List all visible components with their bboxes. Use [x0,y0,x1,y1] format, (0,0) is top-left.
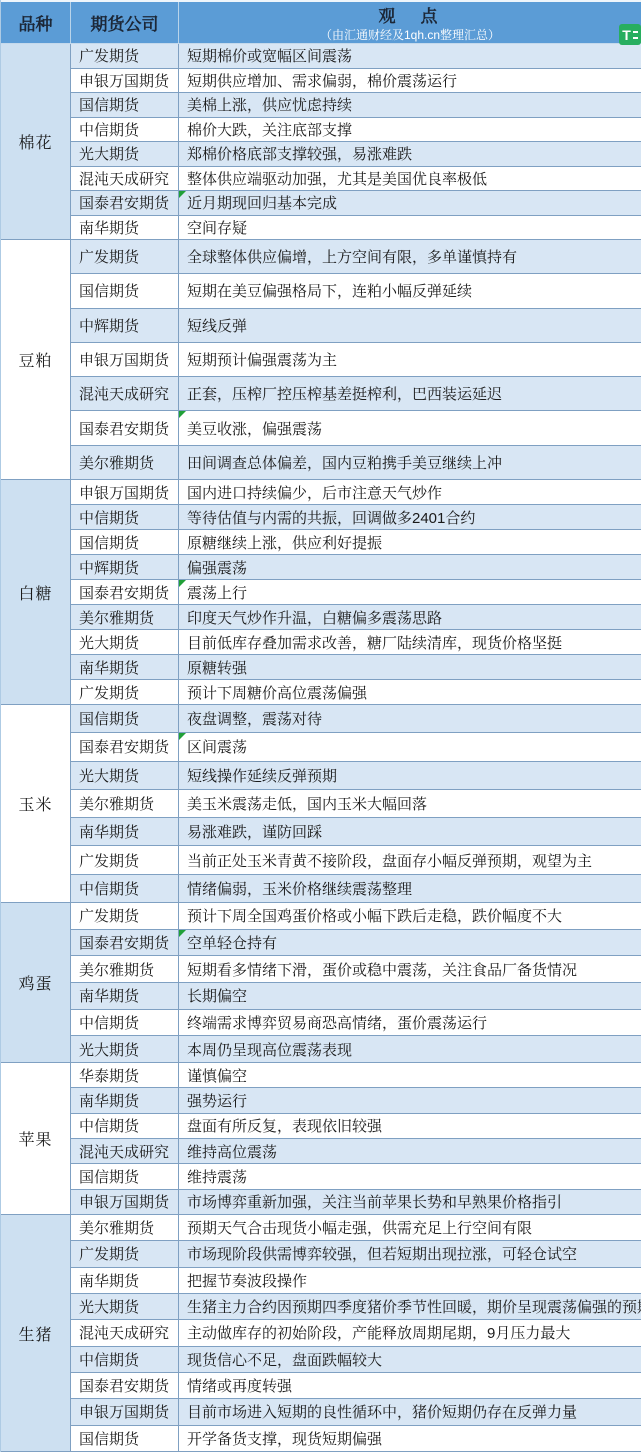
table-row: 中辉期货短线反弹 [71,309,641,343]
viewpoint-cell: 夜盘调整，震荡对待 [179,705,641,732]
viewpoint-text: 情绪偏弱，玉米价格继续震荡整理 [187,878,412,899]
cell-comment-marker-icon [179,191,186,198]
viewpoint-cell: 短期供应增加、需求偏弱，棉价震荡运行 [179,69,641,93]
table-row: 国信期货开学备货支撑，现货短期偏强 [71,1426,641,1452]
cell-comment-marker-icon [179,411,186,418]
table-row: 南华期货易涨难跌，谨防回踩 [71,818,641,846]
viewpoint-cell: 预期天气合击现货小幅走强，供需充足上行空间有限 [179,1215,641,1240]
company-cell: 国信期货 [71,1426,179,1451]
table-row: 南华期货原糖转强 [71,655,641,680]
viewpoint-text: 田间调查总体偏差，国内豆粕携手美豆继续上冲 [187,452,502,473]
source-logo-letter: T [622,28,631,42]
viewpoint-cell: 预计下周全国鸡蛋价格或小幅下跌后走稳，跌价幅度不大 [179,903,641,929]
company-cell: 中信期货 [71,505,179,529]
viewpoint-text: 终端需求博弈贸易商恐高情绪，蛋价震荡运行 [187,1012,487,1033]
viewpoint-cell: 维持震荡 [179,1164,641,1188]
table-row: 广发期货预计下周全国鸡蛋价格或小幅下跌后走稳，跌价幅度不大 [71,903,641,930]
viewpoint-cell: 田间调查总体偏差，国内豆粕携手美豆继续上冲 [179,446,641,479]
company-cell: 中信期货 [71,1010,179,1036]
section-apple: 苹果华泰期货谨慎偏空南华期货强势运行中信期货盘面有所反复，表现依旧较强混沌天成研… [1,1063,641,1215]
company-cell: 美尔雅期货 [71,956,179,982]
header-viewpoint-subtitle: （由汇通财经及1qh.cn整理汇总） [320,29,500,41]
variety-cell: 白糖 [1,480,71,705]
table-row: 广发期货全球整体供应偏增，上方空间有限，多单谨慎持有 [71,240,641,274]
viewpoint-text: 盘面有所反复，表现依旧较强 [187,1115,382,1136]
viewpoint-cell: 强势运行 [179,1088,641,1112]
company-cell: 国泰君安期货 [71,411,179,444]
viewpoint-text: 偏强震荡 [187,557,247,578]
viewpoint-text: 谨慎偏空 [187,1065,247,1086]
viewpoint-text: 目前市场进入短期的良性循环中，猪价短期仍存在反弹力量 [187,1401,577,1422]
viewpoint-text: 预期天气合击现货小幅走强，供需充足上行空间有限 [187,1217,532,1238]
table-row: 美尔雅期货印度天气炒作升温，白糖偏多震荡思路 [71,605,641,630]
company-cell: 南华期货 [71,983,179,1009]
company-cell: 中辉期货 [71,309,179,342]
company-cell: 广发期货 [71,903,179,929]
source-logo-icon: T [619,24,641,45]
company-cell: 光大期货 [71,1294,179,1319]
table-row: 国信期货原糖继续上涨，供应利好提振 [71,530,641,555]
viewpoint-text: 美豆收涨，偏强震荡 [187,418,322,439]
header-viewpoint: 观 点 （由汇通财经及1qh.cn整理汇总） [179,2,641,43]
company-cell: 美尔雅期货 [71,446,179,479]
viewpoint-cell: 美玉米震荡走低，国内玉米大幅回落 [179,790,641,817]
table-row: 国泰君安期货美豆收涨，偏强震荡 [71,411,641,445]
section-live-hog: 生猪美尔雅期货预期天气合击现货小幅走强，供需充足上行空间有限广发期货市场现阶段供… [1,1215,641,1452]
viewpoint-text: 近月期现回归基本完成 [187,192,337,213]
section-soybean-meal: 豆粕广发期货全球整体供应偏增，上方空间有限，多单谨慎持有国信期货短期在美豆偏强格… [1,240,641,480]
company-cell: 中信期货 [71,875,179,902]
viewpoint-cell: 现货信心不足，盘面跌幅较大 [179,1347,641,1372]
viewpoint-text: 国内进口持续偏少，后市注意天气炒作 [187,482,442,503]
variety-cell: 棉花 [1,44,71,240]
viewpoint-cell: 空单轻仓持有 [179,930,641,956]
viewpoint-text: 原糖转强 [187,657,247,678]
viewpoint-cell: 棉价大跌，关注底部支撑 [179,118,641,142]
viewpoint-cell: 情绪偏弱，玉米价格继续震荡整理 [179,875,641,902]
table-row: 国信期货美棉上涨，供应忧虑持续 [71,93,641,118]
table-row: 申银万国期货市场博弈重新加强，关注当前苹果长势和早熟果价格指引 [71,1190,641,1215]
company-cell: 广发期货 [71,240,179,273]
header-viewpoint-title: 观 点 [379,8,442,25]
viewpoint-text: 预计下周糖价高位震荡偏强 [187,682,367,703]
viewpoint-text: 全球整体供应偏增，上方空间有限，多单谨慎持有 [187,246,517,267]
table-row: 国泰君安期货震荡上行 [71,580,641,605]
table-row: 申银万国期货目前市场进入短期的良性循环中，猪价短期仍存在反弹力量 [71,1399,641,1425]
table-row: 南华期货空间存疑 [71,216,641,241]
company-cell: 华泰期货 [71,1063,179,1087]
viewpoint-cell: 短期看多情绪下滑，蛋价或稳中震荡，关注食品厂备货情况 [179,956,641,982]
viewpoint-text: 整体供应端驱动加强，尤其是美国优良率极低 [187,168,487,189]
company-cell: 申银万国期货 [71,480,179,504]
table-row: 光大期货生猪主力合约因预期四季度猪价季节性回暖，期价呈现震荡偏强的预期 [71,1294,641,1320]
viewpoint-text: 维持高位震荡 [187,1141,277,1162]
viewpoint-cell: 主动做库存的初始阶段，产能释放周期尾期，9月压力最大 [179,1320,641,1345]
company-cell: 混沌天成研究 [71,167,179,191]
viewpoint-cell: 维持高位震荡 [179,1139,641,1163]
viewpoint-cell: 盘面有所反复，表现依旧较强 [179,1114,641,1138]
variety-cell: 鸡蛋 [1,903,71,1063]
table-row: 光大期货本周仍呈现高位震荡表现 [71,1036,641,1063]
viewpoint-cell: 终端需求博弈贸易商恐高情绪，蛋价震荡运行 [179,1010,641,1036]
table-row: 中信期货终端需求博弈贸易商恐高情绪，蛋价震荡运行 [71,1010,641,1037]
viewpoint-text: 短期预计偏强震荡为主 [187,349,337,370]
viewpoint-text: 震荡上行 [187,582,247,603]
viewpoint-text: 正套，压榨厂控压榨基差挺榨利，巴西装运延迟 [187,383,502,404]
viewpoint-text: 原糖继续上涨，供应利好提振 [187,532,382,553]
table-row: 光大期货短线操作延续反弹预期 [71,762,641,790]
viewpoint-text: 美玉米震荡走低，国内玉米大幅回落 [187,793,427,814]
viewpoint-text: 印度天气炒作升温，白糖偏多震荡思路 [187,607,442,628]
cell-comment-marker-icon [179,580,186,587]
company-cell: 光大期货 [71,630,179,654]
table-row: 混沌天成研究主动做库存的初始阶段，产能释放周期尾期，9月压力最大 [71,1320,641,1346]
viewpoint-cell: 短期棉价或宽幅区间震荡 [179,44,641,68]
company-cell: 混沌天成研究 [71,1139,179,1163]
variety-cell: 豆粕 [1,240,71,480]
company-cell: 南华期货 [71,818,179,845]
table-row: 美尔雅期货预期天气合击现货小幅走强，供需充足上行空间有限 [71,1215,641,1241]
viewpoint-cell: 短线反弹 [179,309,641,342]
company-cell: 南华期货 [71,655,179,679]
viewpoint-cell: 本周仍呈现高位震荡表现 [179,1036,641,1062]
header-variety: 品种 [1,2,71,43]
futures-weekly-opinions-table: 品种 期货公司 观 点 （由汇通财经及1qh.cn整理汇总） T 棉花广发期货短… [0,0,641,1452]
viewpoint-text: 短期在美豆偏强格局下，连粕小幅反弹延续 [187,280,472,301]
company-cell: 中辉期货 [71,555,179,579]
company-cell: 国泰君安期货 [71,191,179,215]
company-cell: 中信期货 [71,1114,179,1138]
viewpoint-text: 夜盘调整，震荡对待 [187,708,322,729]
company-cell: 光大期货 [71,762,179,789]
viewpoint-text: 强势运行 [187,1090,247,1111]
viewpoint-cell: 震荡上行 [179,580,641,604]
section-egg: 鸡蛋广发期货预计下周全国鸡蛋价格或小幅下跌后走稳，跌价幅度不大国泰君安期货空单轻… [1,903,641,1063]
viewpoint-text: 长期偏空 [187,985,247,1006]
viewpoint-cell: 易涨难跌，谨防回踩 [179,818,641,845]
table-row: 国信期货夜盘调整，震荡对待 [71,705,641,733]
viewpoint-text: 市场博弈重新加强，关注当前苹果长势和早熟果价格指引 [187,1191,562,1212]
table-row: 国泰君安期货情绪或再度转强 [71,1373,641,1399]
company-cell: 光大期货 [71,1036,179,1062]
company-cell: 南华期货 [71,216,179,240]
table-row: 光大期货郑棉价格底部支撑较强，易涨难跌 [71,142,641,167]
table-row: 中信期货情绪偏弱，玉米价格继续震荡整理 [71,875,641,903]
table-row: 中信期货棉价大跌，关注底部支撑 [71,118,641,143]
company-cell: 南华期货 [71,1268,179,1293]
company-cell: 国泰君安期货 [71,1373,179,1398]
company-cell: 国信期货 [71,1164,179,1188]
company-cell: 申银万国期货 [71,1399,179,1424]
company-cell: 南华期货 [71,1088,179,1112]
viewpoint-cell: 短期在美豆偏强格局下，连粕小幅反弹延续 [179,274,641,307]
variety-cell: 苹果 [1,1063,71,1215]
company-cell: 国信期货 [71,705,179,732]
company-cell: 申银万国期货 [71,69,179,93]
table-row: 广发期货短期棉价或宽幅区间震荡 [71,44,641,69]
table-row: 中信期货等待估值与内需的共振，回调做多2401合约 [71,505,641,530]
viewpoint-text: 等待估值与内需的共振，回调做多2401合约 [187,507,475,528]
viewpoint-cell: 开学备货支撑，现货短期偏强 [179,1426,641,1451]
viewpoint-cell: 谨慎偏空 [179,1063,641,1087]
table-row: 南华期货强势运行 [71,1088,641,1113]
company-cell: 国信期货 [71,274,179,307]
viewpoint-cell: 郑棉价格底部支撑较强，易涨难跌 [179,142,641,166]
viewpoint-cell: 情绪或再度转强 [179,1373,641,1398]
table-row: 申银万国期货国内进口持续偏少，后市注意天气炒作 [71,480,641,505]
viewpoint-text: 当前正处玉米青黄不接阶段，盘面存小幅反弹预期，观望为主 [187,850,592,871]
viewpoint-text: 开学备货支撑，现货短期偏强 [187,1428,382,1449]
company-cell: 国泰君安期货 [71,930,179,956]
viewpoint-text: 本周仍呈现高位震荡表现 [187,1039,352,1060]
table-row: 混沌天成研究正套，压榨厂控压榨基差挺榨利，巴西装运延迟 [71,377,641,411]
table-body: 棉花广发期货短期棉价或宽幅区间震荡申银万国期货短期供应增加、需求偏弱，棉价震荡运… [1,44,641,1452]
company-cell: 中信期货 [71,118,179,142]
viewpoint-cell: 当前正处玉米青黄不接阶段，盘面存小幅反弹预期，观望为主 [179,846,641,873]
company-cell: 国泰君安期货 [71,733,179,760]
table-row: 美尔雅期货美玉米震荡走低，国内玉米大幅回落 [71,790,641,818]
table-row: 美尔雅期货田间调查总体偏差，国内豆粕携手美豆继续上冲 [71,446,641,480]
table-row: 广发期货当前正处玉米青黄不接阶段，盘面存小幅反弹预期，观望为主 [71,846,641,874]
company-cell: 美尔雅期货 [71,1215,179,1240]
company-cell: 申银万国期货 [71,343,179,376]
table-row: 广发期货市场现阶段供需博弈较强，但若短期出现拉涨，可轻仓试空 [71,1241,641,1267]
viewpoint-text: 短线反弹 [187,315,247,336]
viewpoint-cell: 长期偏空 [179,983,641,1009]
variety-cell: 生猪 [1,1215,71,1452]
variety-cell: 玉米 [1,705,71,903]
company-cell: 广发期货 [71,846,179,873]
table-row: 申银万国期货短期预计偏强震荡为主 [71,343,641,377]
viewpoint-text: 易涨难跌，谨防回踩 [187,821,322,842]
viewpoint-text: 情绪或再度转强 [187,1375,292,1396]
company-cell: 中信期货 [71,1347,179,1372]
table-row: 广发期货预计下周糖价高位震荡偏强 [71,680,641,705]
viewpoint-cell: 全球整体供应偏增，上方空间有限，多单谨慎持有 [179,240,641,273]
table-row: 中信期货盘面有所反复，表现依旧较强 [71,1114,641,1139]
company-cell: 美尔雅期货 [71,605,179,629]
viewpoint-text: 短线操作延续反弹预期 [187,765,337,786]
viewpoint-text: 短期棉价或宽幅区间震荡 [187,45,352,66]
viewpoint-text: 棉价大跌，关注底部支撑 [187,119,352,140]
viewpoint-cell: 国内进口持续偏少，后市注意天气炒作 [179,480,641,504]
table-row: 国泰君安期货区间震荡 [71,733,641,761]
viewpoint-cell: 市场博弈重新加强，关注当前苹果长势和早熟果价格指引 [179,1190,641,1214]
viewpoint-text: 空单轻仓持有 [187,932,277,953]
viewpoint-text: 把握节奏波段操作 [187,1270,307,1291]
viewpoint-cell: 美豆收涨，偏强震荡 [179,411,641,444]
table-row: 美尔雅期货短期看多情绪下滑，蛋价或稳中震荡，关注食品厂备货情况 [71,956,641,983]
viewpoint-cell: 把握节奏波段操作 [179,1268,641,1293]
viewpoint-cell: 印度天气炒作升温，白糖偏多震荡思路 [179,605,641,629]
company-cell: 混沌天成研究 [71,377,179,410]
viewpoint-cell: 原糖继续上涨，供应利好提振 [179,530,641,554]
company-cell: 国信期货 [71,93,179,117]
company-cell: 申银万国期货 [71,1190,179,1214]
viewpoint-cell: 目前市场进入短期的良性循环中，猪价短期仍存在反弹力量 [179,1399,641,1424]
section-cotton: 棉花广发期货短期棉价或宽幅区间震荡申银万国期货短期供应增加、需求偏弱，棉价震荡运… [1,44,641,240]
table-row: 混沌天成研究整体供应端驱动加强，尤其是美国优良率极低 [71,167,641,192]
company-cell: 广发期货 [71,44,179,68]
company-cell: 广发期货 [71,680,179,704]
section-corn: 玉米国信期货夜盘调整，震荡对待国泰君安期货区间震荡光大期货短线操作延续反弹预期美… [1,705,641,903]
table-row: 中信期货现货信心不足，盘面跌幅较大 [71,1347,641,1373]
viewpoint-cell: 短线操作延续反弹预期 [179,762,641,789]
company-cell: 国泰君安期货 [71,580,179,604]
viewpoint-cell: 区间震荡 [179,733,641,760]
company-cell: 光大期货 [71,142,179,166]
viewpoint-cell: 正套，压榨厂控压榨基差挺榨利，巴西装运延迟 [179,377,641,410]
table-row: 光大期货目前低库存叠加需求改善，糖厂陆续清库，现货价格坚挺 [71,630,641,655]
viewpoint-cell: 近月期现回归基本完成 [179,191,641,215]
viewpoint-text: 维持震荡 [187,1166,247,1187]
viewpoint-cell: 短期预计偏强震荡为主 [179,343,641,376]
header-company: 期货公司 [71,2,179,43]
source-logo-lines-icon [633,31,638,39]
table-row: 中辉期货偏强震荡 [71,555,641,580]
viewpoint-cell: 空间存疑 [179,216,641,240]
company-cell: 国信期货 [71,530,179,554]
table-row: 申银万国期货短期供应增加、需求偏弱，棉价震荡运行 [71,69,641,94]
viewpoint-text: 郑棉价格底部支撑较强，易涨难跌 [187,143,412,164]
viewpoint-text: 美棉上涨，供应忧虑持续 [187,94,352,115]
viewpoint-text: 主动做库存的初始阶段，产能释放周期尾期，9月压力最大 [187,1322,570,1343]
table-row: 南华期货把握节奏波段操作 [71,1268,641,1294]
viewpoint-text: 短期供应增加、需求偏弱，棉价震荡运行 [187,70,457,91]
table-row: 国信期货短期在美豆偏强格局下，连粕小幅反弹延续 [71,274,641,308]
viewpoint-text: 市场现阶段供需博弈较强，但若短期出现拉涨，可轻仓试空 [187,1243,577,1264]
company-cell: 广发期货 [71,1241,179,1266]
cell-comment-marker-icon [179,733,186,740]
section-white-sugar: 白糖申银万国期货国内进口持续偏少，后市注意天气炒作中信期货等待估值与内需的共振，… [1,480,641,705]
viewpoint-text: 区间震荡 [187,736,247,757]
viewpoint-cell: 美棉上涨，供应忧虑持续 [179,93,641,117]
viewpoint-text: 空间存疑 [187,217,247,238]
viewpoint-text: 现货信心不足，盘面跌幅较大 [187,1349,382,1370]
company-cell: 美尔雅期货 [71,790,179,817]
viewpoint-cell: 预计下周糖价高位震荡偏强 [179,680,641,704]
viewpoint-cell: 原糖转强 [179,655,641,679]
viewpoint-cell: 偏强震荡 [179,555,641,579]
company-cell: 混沌天成研究 [71,1320,179,1345]
viewpoint-text: 预计下周全国鸡蛋价格或小幅下跌后走稳，跌价幅度不大 [187,905,562,926]
table-row: 华泰期货谨慎偏空 [71,1063,641,1088]
table-row: 国泰君安期货空单轻仓持有 [71,930,641,957]
viewpoint-cell: 生猪主力合约因预期四季度猪价季节性回暖，期价呈现震荡偏强的预期 [179,1294,641,1319]
table-row: 国泰君安期货近月期现回归基本完成 [71,191,641,216]
table-row: 南华期货长期偏空 [71,983,641,1010]
viewpoint-cell: 整体供应端驱动加强，尤其是美国优良率极低 [179,167,641,191]
viewpoint-cell: 目前低库存叠加需求改善，糖厂陆续清库，现货价格坚挺 [179,630,641,654]
table-header: 品种 期货公司 观 点 （由汇通财经及1qh.cn整理汇总） T [1,0,641,44]
table-row: 混沌天成研究维持高位震荡 [71,1139,641,1164]
viewpoint-cell: 等待估值与内需的共振，回调做多2401合约 [179,505,641,529]
cell-comment-marker-icon [179,930,186,937]
viewpoint-text: 目前低库存叠加需求改善，糖厂陆续清库，现货价格坚挺 [187,632,562,653]
viewpoint-text: 生猪主力合约因预期四季度猪价季节性回暖，期价呈现震荡偏强的预期 [187,1296,641,1317]
viewpoint-cell: 市场现阶段供需博弈较强，但若短期出现拉涨，可轻仓试空 [179,1241,641,1266]
viewpoint-text: 短期看多情绪下滑，蛋价或稳中震荡，关注食品厂备货情况 [187,959,577,980]
table-row: 国信期货维持震荡 [71,1164,641,1189]
